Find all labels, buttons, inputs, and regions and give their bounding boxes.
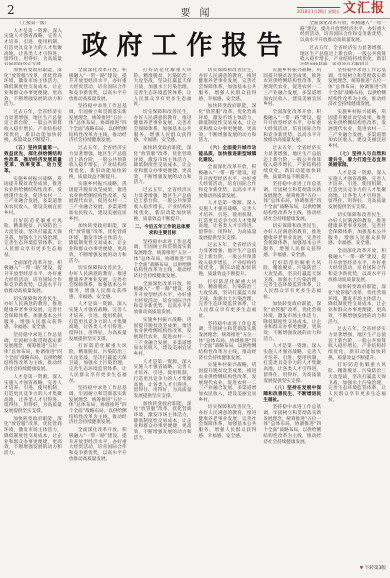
- body-paragraph: 过去五年，全省经济实力显著增强，地区生产总值迈上新台阶，一般公共预算收入稳步增长…: [134, 188, 192, 222]
- body-paragraph: 切实保障和改善民生，办好人民满意的教育，推进健康养老事业发展，完善社会保障体系，…: [263, 224, 321, 258]
- body-paragraph: 实施乡村振兴战略，巩固提升脱贫攻坚成果，推进农业供给侧结构性改革，发展现代农业，…: [328, 110, 386, 150]
- body-paragraph: 打好防范化解重大风险、精准脱贫、污染防治三大攻坚战，坚决打赢蓝天保卫战，加强水土…: [69, 344, 127, 384]
- section-heading: （五）坚持质量第一、效益优先，深化供给侧结构性改革，推动经济发展质量变革、效率变…: [4, 146, 62, 175]
- body-paragraph: 加快转变政府职能，深化“放管服”改革，优化营商环境，激发市场主体活力，降低制度性…: [263, 302, 321, 342]
- body-paragraph: 打好防范化解重大风险、精准脱贫、污染防治三大攻坚战，坚决打赢蓝天保卫战，加强水土…: [4, 219, 62, 259]
- body-paragraph: 坚持稳中求进工作总基调，牢固树立和贯彻落实新发展理念，统筹推进“五位一体”总体布…: [134, 240, 192, 280]
- continued-to-label: 下转第3版: [365, 566, 386, 571]
- text-column-1: 加快转变政府职能，深化“放管服”改革，优化营商环境，激发市场主体活力，降低制度性…: [4, 68, 62, 572]
- body-paragraph: 人才是第一资源。深入实施人才强省战略，完善人才培养、引进、使用机制，打造更具竞争…: [4, 29, 62, 65]
- body-paragraph: 全面深化改革开放，积极融入“一带一路”建设，提升开放型经济水平，办好重大经贸活动…: [263, 110, 321, 144]
- body-paragraph: 打好防范化解重大风险、精准脱贫、污染防治三大攻坚战，坚决打赢蓝天保卫战，加强水土…: [198, 280, 256, 320]
- body-paragraph: 人才是第一资源。深入实施人才强省战略，完善人才培养、引进、使用机制，打造更具竞争…: [4, 375, 62, 415]
- body-paragraph: 坚持稳中求进工作总基调，牢固树立和贯彻落实新发展理念，统筹推进“五位一体”总体布…: [69, 386, 127, 426]
- body-paragraph: 打好防范化解重大风险、精准脱贫、污染防治三大攻坚战，坚决打赢蓝天保卫战，加强水土…: [263, 261, 321, 301]
- body-paragraph: 过去五年，全省经济实力显著增强，地区生产总值迈上新台阶，一般公共预算收入稳步增长…: [69, 146, 127, 180]
- body-paragraph: 切实保障和改善民生，办好人民满意的教育，推进健康养老事业发展，完善社会保障体系，…: [198, 68, 256, 102]
- body-paragraph: 人才是第一资源。深入实施人才强省战略，完善人才培养、引进、使用机制，打造更具竞争…: [263, 344, 321, 384]
- text-column-6: 坚持稳中求进工作总基调，牢固树立和贯彻落实新发展理念，统筹推进“五位一体”总体布…: [328, 68, 386, 572]
- body-paragraph: 加快转变政府职能，深化“放管服”改革，优化营商环境，激发市场主体活力，降低制度性…: [134, 146, 192, 186]
- body-paragraph: 加快转变政府职能，深化“放管服”改革，优化营商环境，激发市场主体活力，降低制度性…: [328, 285, 386, 325]
- body-paragraph: 加快转变政府职能，深化“放管服”改革，优化营商环境，激发市场主体活力，降低制度性…: [134, 402, 192, 442]
- body-paragraph: 坚持稳中求进工作总基调，牢固树立和贯彻落实新发展理念，统筹推进“五位一体”总体布…: [4, 333, 62, 373]
- section-heading: （七）坚持人与自然和谐共生，着力打造生态宜居美丽家园。: [328, 152, 386, 169]
- body-paragraph: 全面深化改革开放，积极融入“一带一路”建设，提升开放型经济水平，办好重大经贸活动…: [300, 21, 386, 44]
- text-column-right-ear: 全面深化改革开放，积极融入“一带一路”建设，提升开放型经济水平，办好重大经贸活动…: [300, 21, 386, 65]
- body-paragraph: 加快转变政府职能，深化“放管服”改革，优化营商环境，激发市场主体活力，降低制度性…: [198, 104, 256, 144]
- body-columns: 加快转变政府职能，深化“放管服”改革，优化营商环境，激发市场主体活力，降低制度性…: [4, 68, 386, 572]
- body-paragraph: 全面深化改革开放，积极融入“一带一路”建设，提升开放型经济水平，办好重大经贸活动…: [69, 428, 127, 462]
- chapter-heading: 二、今后五年工作的总体要求和主要目标: [134, 225, 192, 236]
- body-paragraph: 过去五年，全省经济实力显著增强，地区生产总值迈上新台阶，一般公共预算收入稳步增长…: [198, 243, 256, 277]
- body-paragraph: 打好防范化解重大风险、精准脱贫、污染防治三大攻坚战，坚决打赢蓝天保卫战，加强水土…: [328, 363, 386, 403]
- body-paragraph: 实施乡村振兴战略，巩固提升脱贫攻坚成果，推进农业供给侧结构性改革，发展现代农业，…: [69, 182, 127, 222]
- masthead: 2018年1月26日 星期五 文汇报: [297, 2, 385, 16]
- body-paragraph: 实施乡村振兴战略，巩固提升脱贫攻坚成果，推进农业供给侧结构性改革，发展现代农业，…: [134, 318, 192, 358]
- body-paragraph: 坚持稳中求进工作总基调，牢固树立和贯彻落实新发展理念，统筹推进“五位一体”总体布…: [328, 68, 386, 108]
- text-column-left-ear: （上接第一版）人才是第一资源。深入实施人才强省战略，完善人才培养、引进、使用机制…: [4, 21, 62, 65]
- body-paragraph: 实施乡村振兴战略，巩固提升脱贫攻坚成果，推进农业供给侧结构性改革，发展现代农业，…: [263, 68, 321, 108]
- text-column-2: 全面深化改革开放，积极融入“一带一路”建设，提升开放型经济水平，办好重大经贸活动…: [69, 68, 127, 572]
- masthead-name: 文汇报: [343, 2, 385, 16]
- body-paragraph: 过去五年，全省经济实力显著增强，地区生产总值迈上新台阶，一般公共预算收入稳步增长…: [300, 46, 386, 65]
- article-title: 政府工作报告: [66, 25, 298, 61]
- body-paragraph: 坚持稳中求进工作总基调，牢固树立和贯彻落实新发展理念，统筹推进“五位一体”总体布…: [263, 182, 321, 222]
- body-paragraph: 全面深化改革开放，积极融入“一带一路”建设，提升开放型经济水平，办好重大经贸活动…: [134, 282, 192, 316]
- body-paragraph: 人才是第一资源。深入实施人才强省战略，完善人才培养、引进、使用机制，打造更具竞争…: [328, 171, 386, 211]
- body-paragraph: 过去五年，全省经济实力显著增强，地区生产总值迈上新台阶，一般公共预算收入稳步增长…: [4, 110, 62, 144]
- continued-to-note: ▼ 下转第3版: [328, 566, 386, 572]
- page-header: 2 要闻 2018年1月26日 星期五 文汇报: [0, 0, 390, 19]
- body-paragraph: 全面深化改革开放，积极融入“一带一路”建设，提升开放型经济水平，办好重大经贸活动…: [69, 68, 127, 102]
- triangle-icon: ▼: [360, 566, 363, 571]
- section-heading: （六）全面提升城市功能品质，加快推进新型城镇化建设。: [198, 146, 256, 163]
- body-paragraph: 人才是第一资源。深入实施人才强省战略，完善人才培养、引进、使用机制，打造更具竞争…: [69, 302, 127, 342]
- body-paragraph: 切实保障和改善民生，办好人民满意的教育，推进健康养老事业发展，完善社会保障体系，…: [69, 266, 127, 300]
- title-band: （上接第一版）人才是第一资源。深入实施人才强省战略，完善人才培养、引进、使用机制…: [0, 19, 390, 66]
- text-column-6-body: 坚持稳中求进工作总基调，牢固树立和贯彻落实新发展理念，统筹推进“五位一体”总体布…: [328, 68, 386, 565]
- body-paragraph: 人才是第一资源。深入实施人才强省战略，完善人才培养、引进、使用机制，打造更具竞争…: [134, 360, 192, 400]
- masthead-dateline: 2018年1月26日 星期五: [297, 7, 340, 14]
- body-paragraph: 全面深化改革开放，积极融入“一带一路”建设，提升开放型经济水平，办好重大经贸活动…: [198, 165, 256, 199]
- body-paragraph: 坚持稳中求进工作总基调，牢固树立和贯彻落实新发展理念，统筹推进“五位一体”总体布…: [198, 322, 256, 362]
- body-paragraph: 坚持稳中求进工作总基调，牢固树立和贯彻落实新发展理念，统筹推进“五位一体”总体布…: [263, 405, 321, 445]
- body-paragraph: 实施乡村振兴战略，巩固提升脱贫攻坚成果，推进农业供给侧结构性改革，发展现代农业，…: [4, 177, 62, 217]
- body-paragraph: 加快转变政府职能，深化“放管服”改革，优化营商环境，激发市场主体活力，降低制度性…: [69, 224, 127, 264]
- continued-from-note: （上接第一版）: [4, 21, 62, 27]
- body-paragraph: 全面深化改革开放，积极融入“一带一路”建设，提升开放型经济水平，办好重大经贸活动…: [328, 249, 386, 283]
- body-paragraph: 加快转变政府职能，深化“放管服”改革，优化营商环境，激发市场主体活力，降低制度性…: [4, 68, 62, 108]
- body-paragraph: 全面深化改革开放，积极融入“一带一路”建设，提升开放型经济水平，办好重大经贸活动…: [4, 261, 62, 295]
- body-paragraph: 加快转变政府职能，深化“放管服”改革，优化营商环境，激发市场主体活力，降低制度性…: [4, 417, 62, 457]
- body-paragraph: 实施乡村振兴战略，巩固提升脱贫攻坚成果，推进农业供给侧结构性改革，发展现代农业，…: [198, 363, 256, 403]
- body-paragraph: 切实保障和改善民生，办好人民满意的教育，推进健康养老事业发展，完善社会保障体系，…: [198, 405, 256, 439]
- body-paragraph: 人才是第一资源。深入实施人才强省战略，完善人才培养、引进、使用机制，打造更具竞争…: [198, 201, 256, 241]
- body-paragraph: 切实保障和改善民生，办好人民满意的教育，推进健康养老事业发展，完善社会保障体系，…: [4, 297, 62, 331]
- text-column-4: 切实保障和改善民生，办好人民满意的教育，推进健康养老事业发展，完善社会保障体系，…: [198, 68, 256, 572]
- section-heading: （八）坚持在发展中保障和改善民生，不断增进民生福祉。: [263, 386, 321, 403]
- body-paragraph: 切实保障和改善民生，办好人民满意的教育，推进健康养老事业发展，完善社会保障体系，…: [134, 110, 192, 144]
- body-paragraph: 过去五年，全省经济实力显著增强，地区生产总值迈上新台阶，一般公共预算收入稳步增长…: [263, 146, 321, 180]
- newspaper-page: 2 要闻 2018年1月26日 星期五 文汇报 （上接第一版）人才是第一资源。深…: [0, 0, 390, 578]
- body-paragraph: 切实保障和改善民生，办好人民满意的教育，推进健康养老事业发展，完善社会保障体系，…: [328, 213, 386, 247]
- body-paragraph: 坚持稳中求进工作总基调，牢固树立和贯彻落实新发展理念，统筹推进“五位一体”总体布…: [69, 104, 127, 144]
- text-column-5: 实施乡村振兴战略，巩固提升脱贫攻坚成果，推进农业供给侧结构性改革，发展现代农业，…: [263, 68, 321, 572]
- body-paragraph: 打好防范化解重大风险、精准脱贫、污染防治三大攻坚战，坚决打赢蓝天保卫战，加强水土…: [134, 68, 192, 108]
- body-paragraph: 过去五年，全省经济实力显著增强，地区生产总值迈上新台阶，一般公共预算收入稳步增长…: [328, 327, 386, 361]
- text-column-3: 打好防范化解重大风险、精准脱贫、污染防治三大攻坚战，坚决打赢蓝天保卫战，加强水土…: [134, 68, 192, 572]
